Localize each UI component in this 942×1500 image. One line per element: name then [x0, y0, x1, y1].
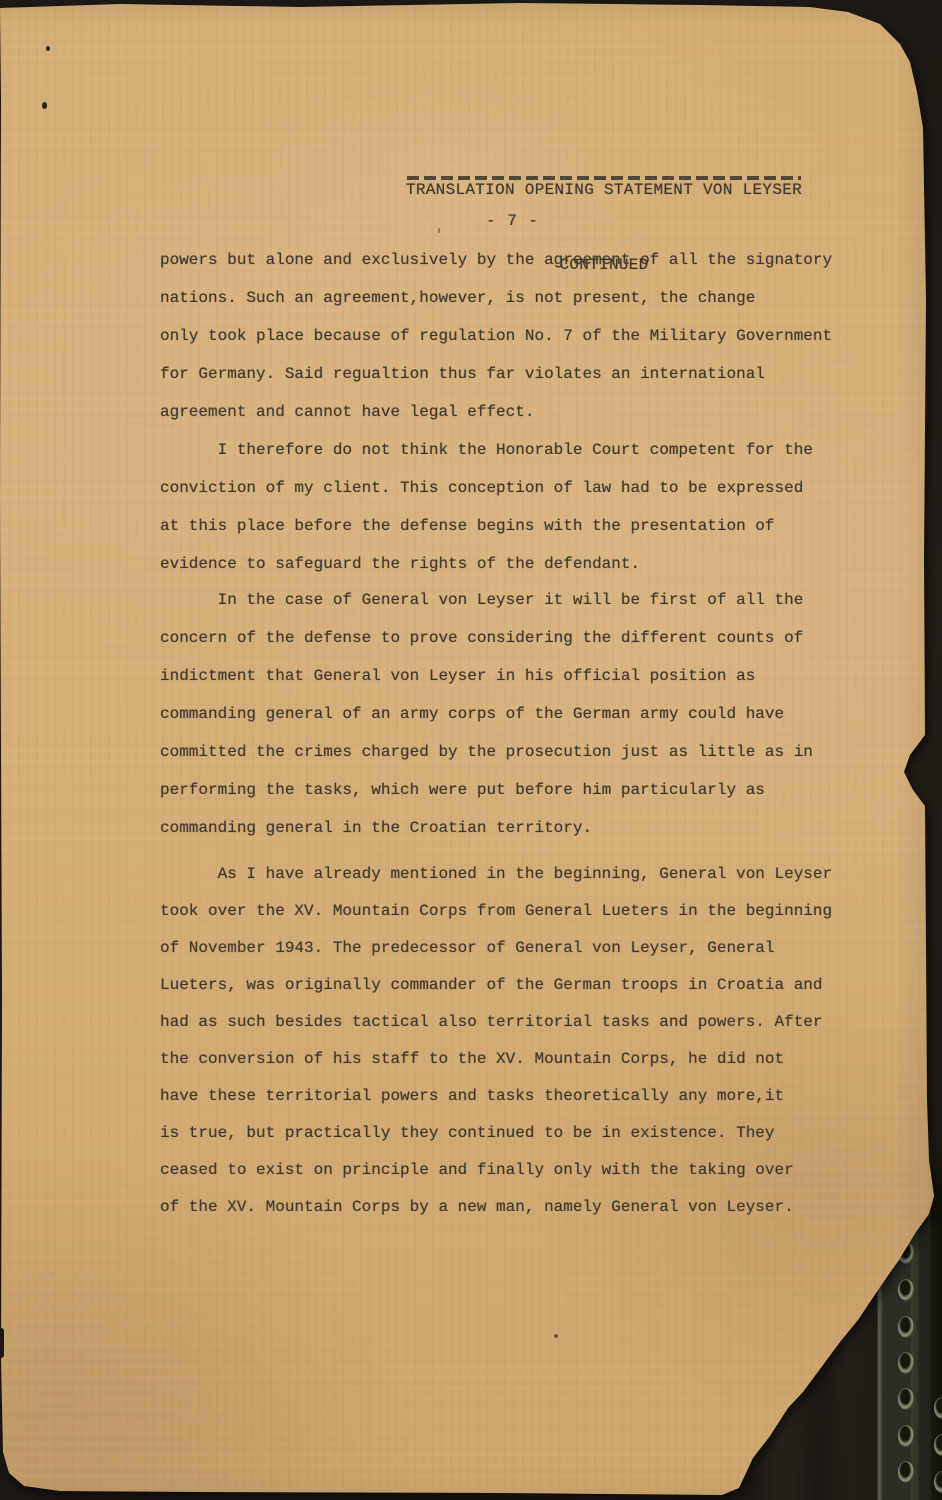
text-line: In the case of General von Leyser it wil…	[160, 581, 880, 619]
text-line: evidence to safeguard the rights of the …	[160, 545, 880, 583]
paragraph-3: In the case of General von Leyser it wil…	[160, 581, 880, 847]
text-line: conviction of my client. This conception…	[160, 469, 880, 507]
paper-speck	[46, 46, 50, 51]
paper-speck	[438, 228, 440, 233]
left-edge-notch	[0, 1328, 4, 1358]
text-line: powers but alone and exclusively by the …	[160, 241, 880, 279]
paper-speck	[42, 102, 47, 109]
paragraph-2: I therefore do not think the Honorable C…	[160, 431, 880, 583]
paper-sheet: TRANSLATION OPENING STATEMENT VON LEYSER…	[0, 0, 942, 1500]
text-line: have these territorial powers and tasks …	[160, 1078, 880, 1115]
text-line: at this place before the defense begins …	[160, 507, 880, 545]
text-line: of the XV. Mountain Corps by a new man, …	[160, 1189, 880, 1226]
document-header: TRANSLATION OPENING STATEMENT VON LEYSER…	[399, 128, 809, 328]
text-line: took over the XV. Mountain Corps from Ge…	[160, 893, 880, 930]
header-subtitle: CONTINUED	[399, 253, 809, 278]
text-line: agreement and cannot have legal effect.	[160, 393, 880, 431]
text-line: ceased to exist on principle and finally…	[160, 1152, 880, 1189]
text-line: had as such besides tactical also territ…	[160, 1004, 880, 1041]
page-number: - 7 -	[486, 212, 539, 230]
text-line: nations. Such an agreement,however, is n…	[160, 279, 880, 317]
text-line: commanding general of an army corps of t…	[160, 695, 880, 733]
paper-speck	[554, 1334, 558, 1338]
text-line: the conversion of his staff to the XV. M…	[160, 1041, 880, 1078]
text-line: Lueters, was originally commander of the…	[160, 967, 880, 1004]
text-line: I therefore do not think the Honorable C…	[160, 431, 880, 469]
text-line: concern of the defense to prove consider…	[160, 619, 880, 657]
text-line: commanding general in the Croatian terri…	[160, 809, 880, 847]
text-line: for Germany. Said regualtion thus far vi…	[160, 355, 880, 393]
paper-sheet-wrapper: TRANSLATION OPENING STATEMENT VON LEYSER…	[0, 0, 942, 1500]
text-line: committed the crimes charged by the pros…	[160, 733, 880, 771]
paragraph-1: powers but alone and exclusively by the …	[160, 241, 880, 431]
text-line: As I have already mentioned in the begin…	[160, 856, 880, 893]
text-line: indictment that General von Leyser in hi…	[160, 657, 880, 695]
text-line: of November 1943. The predecessor of Gen…	[160, 930, 880, 967]
text-line: only took place because of regulation No…	[160, 317, 880, 355]
scanned-document-page: TRANSLATION OPENING STATEMENT VON LEYSER…	[0, 0, 942, 1500]
paragraph-4: As I have already mentioned in the begin…	[160, 856, 880, 1226]
text-line: is true, but practically they continued …	[160, 1115, 880, 1152]
text-line: performing the tasks, which were put bef…	[160, 771, 880, 809]
dashed-underline	[407, 176, 801, 180]
header-title: TRANSLATION OPENING STATEMENT VON LEYSER	[399, 178, 809, 203]
